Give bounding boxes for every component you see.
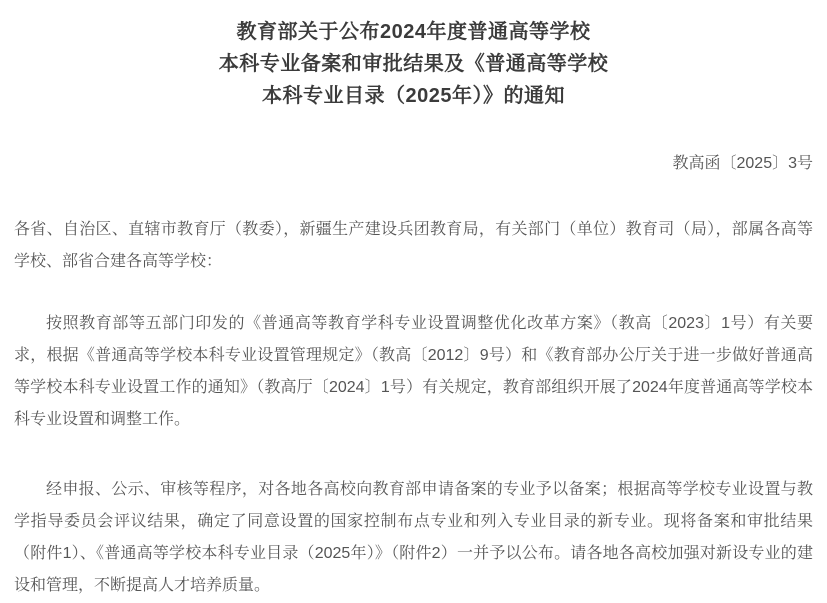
salutation-paragraph: 各省、自治区、直辖市教育厅（教委），新疆生产建设兵团教育局，有关部门（单位）教育… — [14, 214, 813, 278]
document-number: 教高函〔2025〕3号 — [14, 148, 813, 180]
notice-document-page: 教育部关于公布2024年度普通高等学校 本科专业备案和审批结果及《普通高等学校 … — [0, 0, 827, 603]
document-title: 教育部关于公布2024年度普通高等学校 本科专业备案和审批结果及《普通高等学校 … — [14, 16, 813, 112]
document-title-line-3: 本科专业目录（2025年）》的通知 — [14, 80, 813, 112]
body-paragraph-1: 按照教育部等五部门印发的《普通高等教育学科专业设置调整优化改革方案》（教高〔20… — [14, 308, 813, 436]
document-title-line-1: 教育部关于公布2024年度普通高等学校 — [14, 16, 813, 48]
body-paragraph-2: 经申报、公示、审核等程序，对各地各高校向教育部申请备案的专业予以备案；根据高等学… — [14, 474, 813, 602]
document-title-line-2: 本科专业备案和审批结果及《普通高等学校 — [14, 48, 813, 80]
